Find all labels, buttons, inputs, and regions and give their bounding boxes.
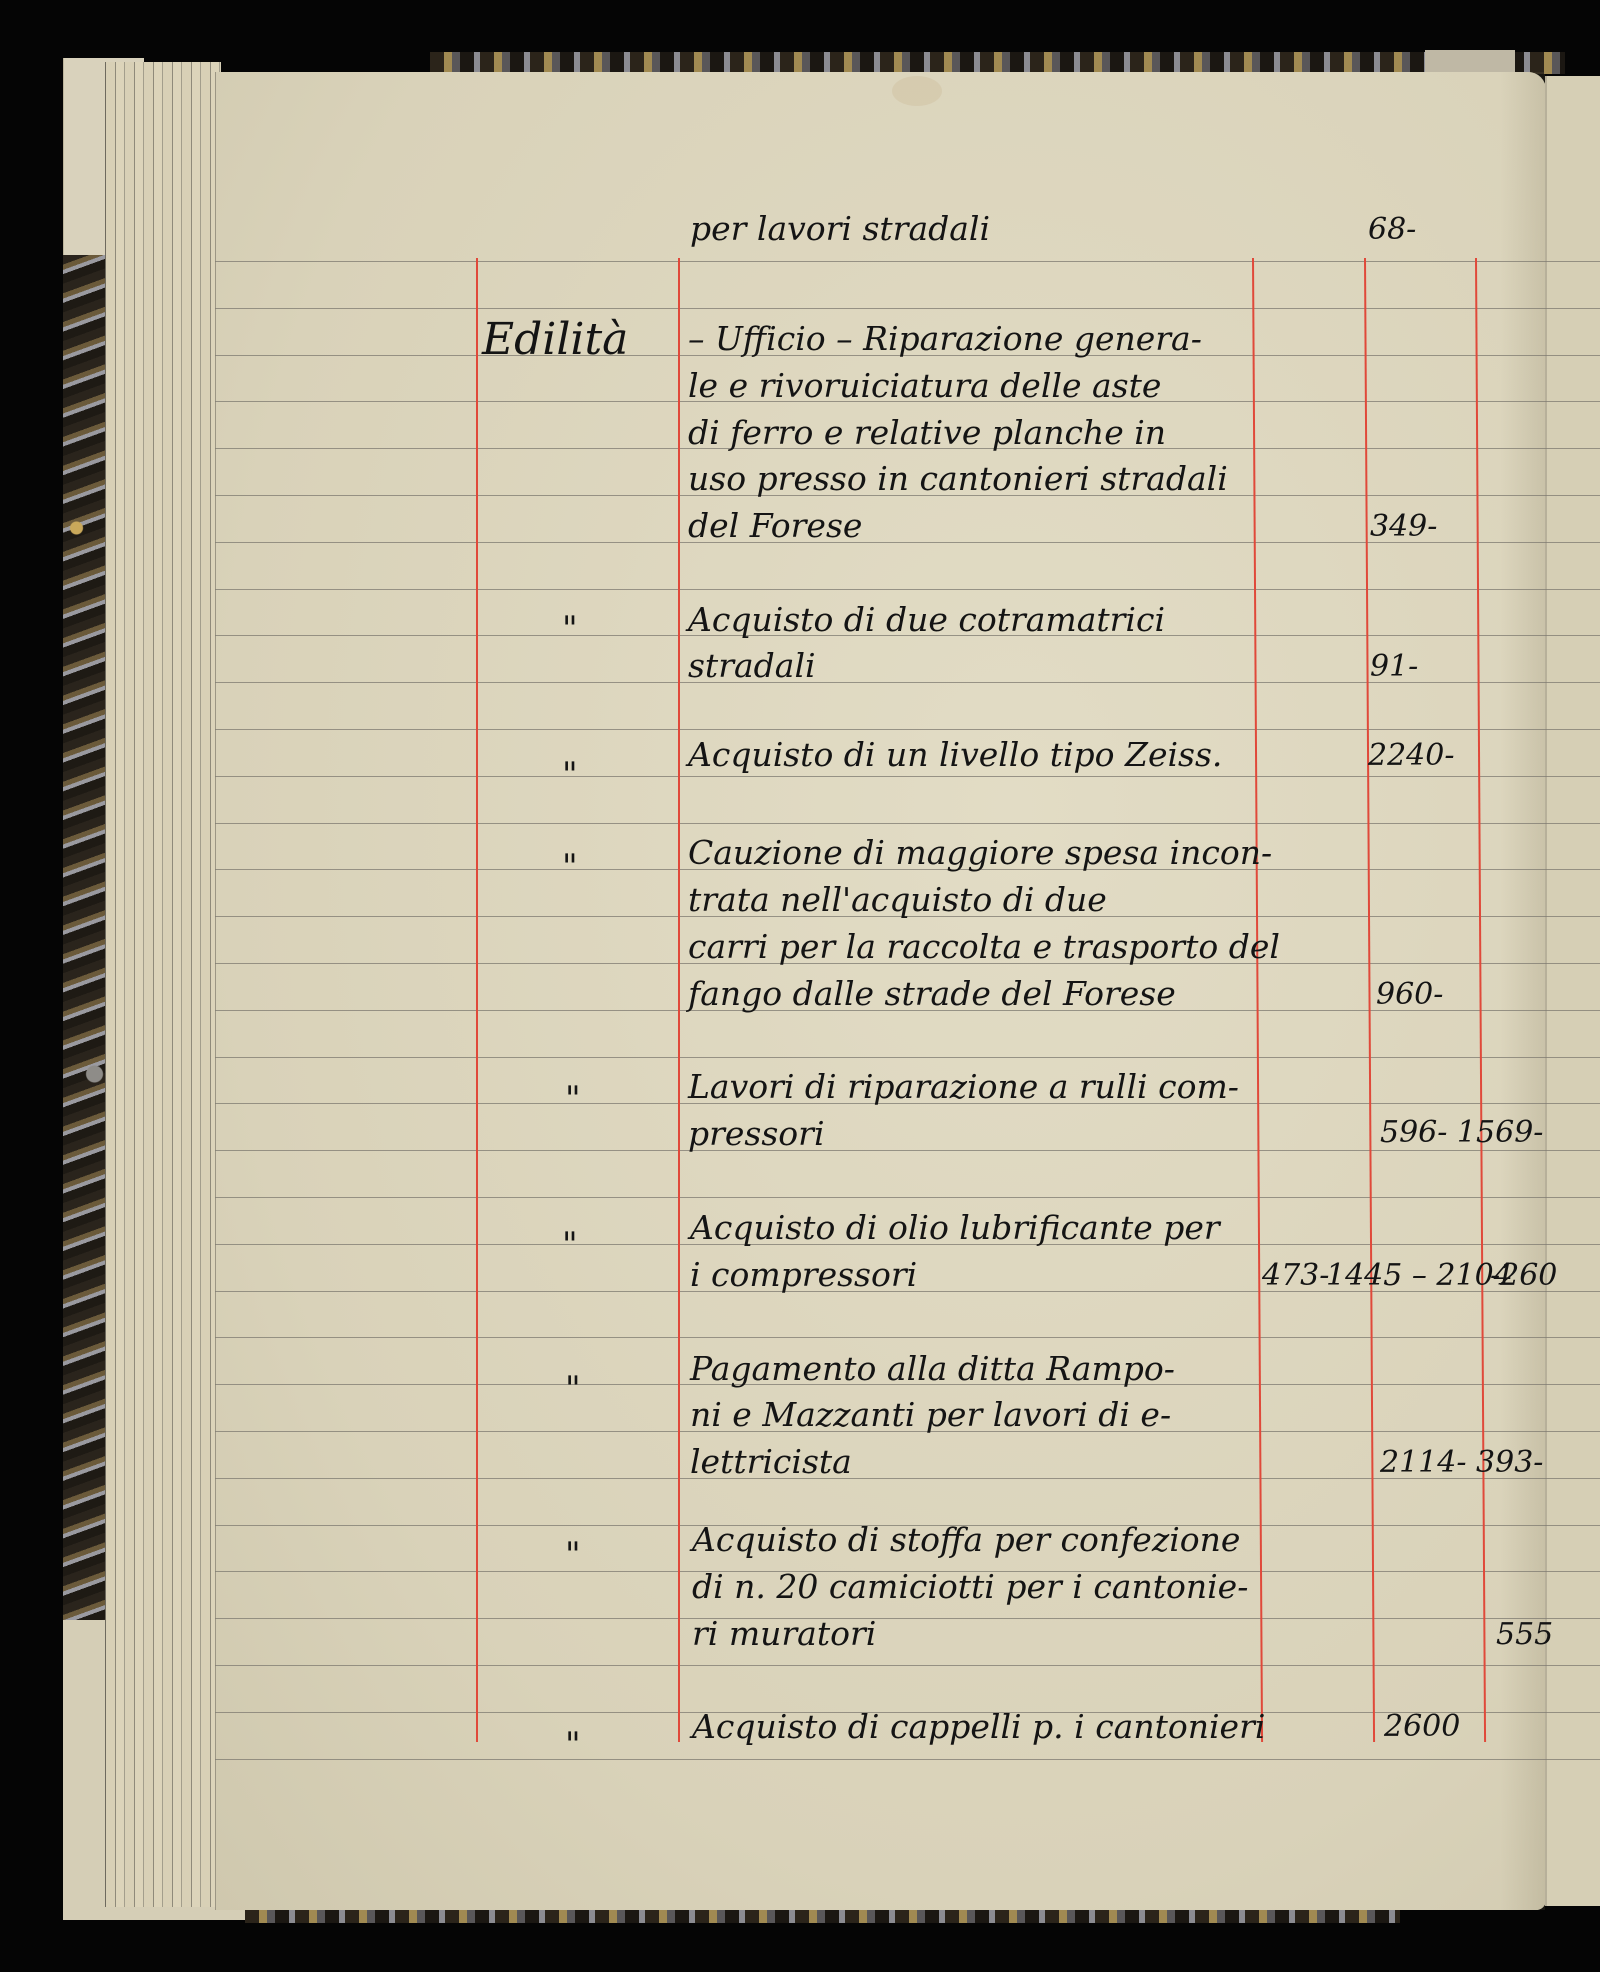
entry-amount: 960- — [1376, 980, 1443, 1010]
entry-line: Lavori di riparazione a rulli com- — [688, 1070, 1239, 1103]
entry-line: Cauzione di maggiore spesa incon- — [688, 836, 1272, 869]
paper-stain — [892, 76, 942, 106]
ditto-mark: " — [562, 850, 578, 884]
entry-line: ri muratori — [692, 1617, 876, 1650]
entry-amount: 349- — [1370, 512, 1437, 542]
entry-line: ni e Mazzanti per lavori di e- — [690, 1398, 1171, 1431]
ruled-line — [215, 1665, 1600, 1666]
entry-line: stradali — [688, 649, 816, 682]
entry-line: di n. 20 camiciotti per i cantonie- — [692, 1570, 1248, 1603]
entry-line: Acquisto di olio lubrificante per — [690, 1211, 1220, 1244]
entry-amount: 2114- 393- — [1380, 1448, 1543, 1478]
entry-line: i compressori — [690, 1258, 917, 1291]
ruled-line — [215, 776, 1600, 777]
cover-marbled-edge-left — [63, 255, 108, 1620]
ruled-line — [215, 261, 1600, 262]
entry-amount: 596- 1569- — [1380, 1118, 1543, 1148]
entry-amount: 2600 — [1384, 1712, 1460, 1742]
entry-line: Acquisto di cappelli p. i cantonieri — [692, 1710, 1265, 1743]
red-column-line-description — [678, 258, 680, 1742]
ruled-line — [215, 1197, 1600, 1198]
entry-line: di ferro e relative planche in — [688, 416, 1166, 449]
ruled-line — [215, 308, 1600, 309]
entry-line: Acquisto di due cotramatrici — [688, 603, 1165, 636]
carryover-amount: 68- — [1368, 215, 1416, 245]
entry-line: pressori — [688, 1117, 825, 1150]
ditto-mark: " — [562, 612, 578, 646]
entry-amount: 555 — [1496, 1620, 1553, 1650]
ditto-mark: " — [565, 1372, 581, 1406]
entry-line: Pagamento alla ditta Rampo- — [690, 1352, 1175, 1385]
ruled-line — [215, 1759, 1600, 1760]
ditto-mark: " — [565, 1728, 581, 1762]
entry-line: lettricista — [690, 1445, 852, 1478]
entry-line: uso presso in cantonieri stradali — [688, 462, 1228, 495]
ruled-line — [215, 1150, 1600, 1151]
ditto-mark: " — [565, 1538, 581, 1572]
cover-marbled-edge-top — [430, 52, 1565, 74]
ditto-mark: " — [562, 758, 578, 792]
ditto-mark: " — [562, 1228, 578, 1262]
cover-corner-top-right — [1425, 50, 1515, 72]
ruled-line — [215, 729, 1600, 730]
entry-line: – Ufficio – Riparazione genera- — [688, 322, 1202, 355]
entry-line: Acquisto di un livello tipo Zeiss. — [688, 738, 1222, 771]
entry-amount: 1445 – 2104 — [1326, 1261, 1513, 1291]
ditto-mark: " — [565, 1082, 581, 1116]
section-label-edilita: Edilità — [482, 318, 628, 362]
entry-amount: 473- — [1262, 1261, 1329, 1291]
ruled-line — [215, 823, 1600, 824]
entry-line: carri per la raccolta e trasporto del — [688, 930, 1280, 963]
entry-amount: 2240- — [1368, 741, 1454, 771]
ruled-line — [215, 1337, 1600, 1338]
entry-line: del Forese — [688, 509, 862, 542]
entry-line: Acquisto di stoffa per confezione — [692, 1523, 1240, 1556]
red-column-line-margin — [476, 258, 478, 1742]
ruled-line — [215, 1057, 1600, 1058]
entry-line: le e rivoruiciatura delle aste — [688, 369, 1161, 402]
entry-line: fango dalle strade del Forese — [688, 977, 1176, 1010]
entry-amount: -260 — [1490, 1261, 1557, 1291]
entry-line: trata nell'acquisto di due — [688, 883, 1107, 916]
ruled-line — [215, 589, 1600, 590]
carryover-text: per lavori stradali — [690, 212, 990, 245]
entry-amount: 91- — [1370, 652, 1418, 682]
page-stack-edges — [105, 62, 221, 1907]
ruled-line — [215, 1618, 1600, 1619]
